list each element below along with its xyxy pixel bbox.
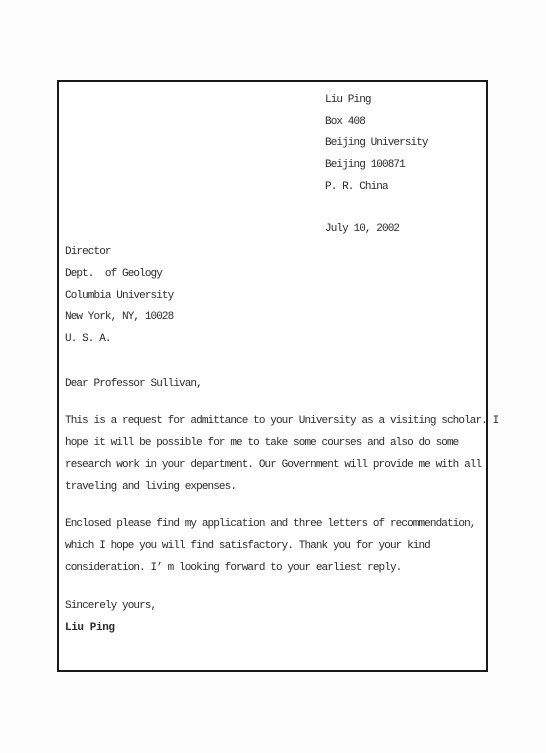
recipient-address-line: U. S. A.	[65, 329, 480, 351]
paragraph-line: Enclosed please find my application and …	[65, 513, 480, 535]
date-line: July 10, 2002	[325, 219, 480, 241]
letter-content: Liu PingBox 408Beijing UniversityBeijing…	[59, 82, 486, 670]
recipient-address-line: Director	[65, 242, 480, 264]
paragraph-line: consideration. I’ m looking forward to y…	[65, 557, 480, 579]
paragraph-line: research work in your department. Our Go…	[65, 454, 480, 476]
letter-sheet: Liu PingBox 408Beijing UniversityBeijing…	[57, 80, 488, 672]
sender-address-line: Liu Ping	[325, 90, 480, 112]
body-paragraph-1: This is a request for admittance to your…	[65, 410, 480, 498]
sender-address-line: Beijing 100871	[325, 155, 480, 177]
paragraph-line: This is a request for admittance to your…	[65, 410, 480, 432]
recipient-address-block: DirectorDept. of GeologyColumbia Univers…	[65, 242, 480, 351]
sender-address-line: Box 408	[325, 112, 480, 134]
sender-address-line: P. R. China	[325, 177, 480, 199]
sender-address-line: Beijing University	[325, 133, 480, 155]
paragraph-line: which I hope you will find satisfactory.…	[65, 535, 480, 557]
recipient-address-line: Columbia University	[65, 286, 480, 308]
paragraph-line: traveling and living expenses.	[65, 476, 480, 498]
paragraph-line: hope it will be possible for me to take …	[65, 432, 480, 454]
recipient-address-line: Dept. of Geology	[65, 264, 480, 286]
closing: Sincerely yours,	[65, 595, 480, 617]
body-paragraph-2: Enclosed please find my application and …	[65, 513, 480, 579]
sender-address-block: Liu PingBox 408Beijing UniversityBeijing…	[325, 90, 480, 199]
signature: Liu Ping	[65, 617, 480, 639]
salutation: Dear Professor Sullivan,	[65, 373, 480, 395]
recipient-address-line: New York, NY, 10028	[65, 307, 480, 329]
